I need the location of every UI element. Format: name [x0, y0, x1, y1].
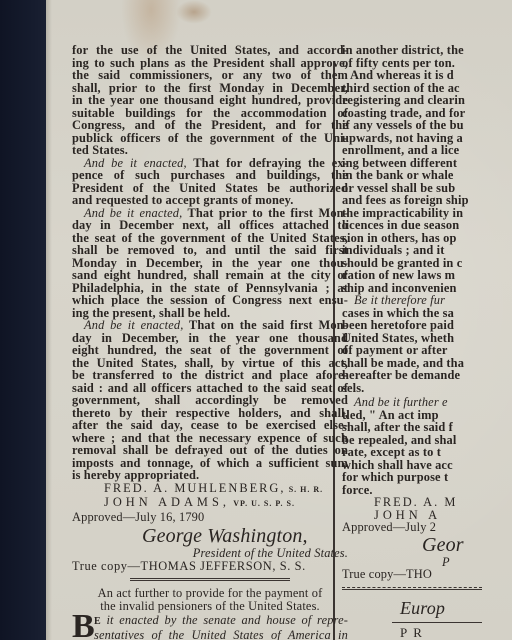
- text-line: eight hundred, the seat of the governmen…: [72, 344, 348, 357]
- text-line: sels.: [342, 382, 482, 395]
- text-line: shall be removed to, and until the said …: [72, 244, 348, 257]
- paragraph-defraying-expence: And be it enacted, That for defraying th…: [72, 157, 348, 207]
- enacting-clause: Be it therefore fur: [342, 294, 482, 307]
- paragraph-seat-transferred: And be it enacted, That on the said firs…: [72, 319, 348, 482]
- text-line: individuals ; and it: [342, 244, 482, 257]
- approval-date: Approved—July 16, 1790: [72, 511, 348, 524]
- drop-cap: B: [72, 612, 95, 640]
- text-line: if any vessels of the bu: [342, 119, 482, 132]
- paragraph-offices-removed: And be it enacted, That prior to the fir…: [72, 207, 348, 320]
- text-line: of payment or after: [342, 344, 482, 357]
- enacting-clause: And be it further e: [342, 396, 482, 409]
- text-line: registering and clearin: [342, 94, 482, 107]
- text-line: for the use of the United States, and ac…: [72, 44, 348, 57]
- text-line: for which purpose t: [342, 471, 482, 484]
- text-line: rate, except as to t: [342, 446, 482, 459]
- text-line: ration of new laws m: [342, 269, 482, 282]
- text-line: E it enacted by the senate and house of …: [94, 614, 348, 629]
- true-copy-attestation: True copy—THO: [342, 568, 482, 581]
- text-line: after the said day, cease to be exercise…: [72, 419, 348, 432]
- text-line: pence of such purchases and buildings, t…: [72, 169, 348, 182]
- right-column: in another district, the of fifty cents …: [342, 44, 482, 639]
- text-line: in the year one thousand eight hundred, …: [72, 94, 348, 107]
- act-invalid-pensioners: An act further to provide for the paymen…: [72, 587, 348, 640]
- text-line: hereafter be demande: [342, 369, 482, 382]
- text-line: the said commissioners, or any two of th…: [72, 69, 348, 82]
- text-line: And be it enacted, That on the said firs…: [72, 319, 348, 332]
- president-title: President of the United States.: [72, 547, 348, 560]
- act-heading: the invalid pensioners of the United Sta…: [72, 600, 348, 613]
- text-line: be transferred to the district and place…: [72, 369, 348, 382]
- heading-rule: [392, 622, 482, 623]
- text-line: Congress, and of the President, and for …: [72, 119, 348, 132]
- president-signature: Geor: [342, 534, 482, 556]
- text-line: which place the session of Congress next…: [72, 294, 348, 307]
- text-line: been heretofore paid: [342, 319, 482, 332]
- enacting-clause: And be it enacted,: [84, 318, 183, 332]
- speaker-signature: FRED. A. M: [342, 496, 482, 509]
- section-subheading: PR: [342, 627, 482, 640]
- dark-background: [0, 0, 48, 640]
- approval-date: Approved—July 2: [342, 521, 482, 534]
- text-line: sand eight hundred, shall remain at the …: [72, 269, 348, 282]
- text-line: licences in due season: [342, 219, 482, 232]
- text-line: removal shall be defrayed out of the dut…: [72, 444, 348, 457]
- vice-president-signature: JOHN ADAMS, VP. U. S. P. S.: [72, 496, 348, 511]
- text-line: shall, after the said f: [342, 421, 482, 434]
- signature-block: FRED. A. MUHLENBERG, S. H. R. JOHN ADAMS…: [72, 482, 348, 573]
- text-line: in the bank or whale: [342, 169, 482, 182]
- text-line: sentatives of the United States of Ameri…: [94, 629, 348, 640]
- act-body: B E it enacted by the senate and house o…: [72, 614, 348, 640]
- text-line: And whereas it is d: [342, 69, 482, 82]
- president-signature: George Washington,: [72, 525, 348, 547]
- speaker-signature: FRED. A. MUHLENBERG, S. H. R.: [72, 482, 348, 497]
- act-heading: An act further to provide for the paymen…: [72, 587, 348, 600]
- paragraph-seat-of-government: for the use of the United States, and ac…: [72, 44, 348, 157]
- text-line: in another district, the: [342, 44, 482, 57]
- text-line: and fees as foreign ship: [342, 194, 482, 207]
- section-divider: [342, 587, 482, 590]
- section-heading-europe: Europ: [342, 598, 482, 618]
- section-divider: [130, 578, 290, 581]
- true-copy-attestation: True copy—THOMAS JEFFERSON, S. S.: [72, 560, 348, 573]
- text-line: day in December next, all offices attach…: [72, 219, 348, 232]
- text-line: enrollment, and a lice: [342, 144, 482, 157]
- text-line: government, shall accordingly be removed: [72, 394, 348, 407]
- left-column: for the use of the United States, and ac…: [72, 44, 348, 640]
- paper-stain: [176, 0, 212, 24]
